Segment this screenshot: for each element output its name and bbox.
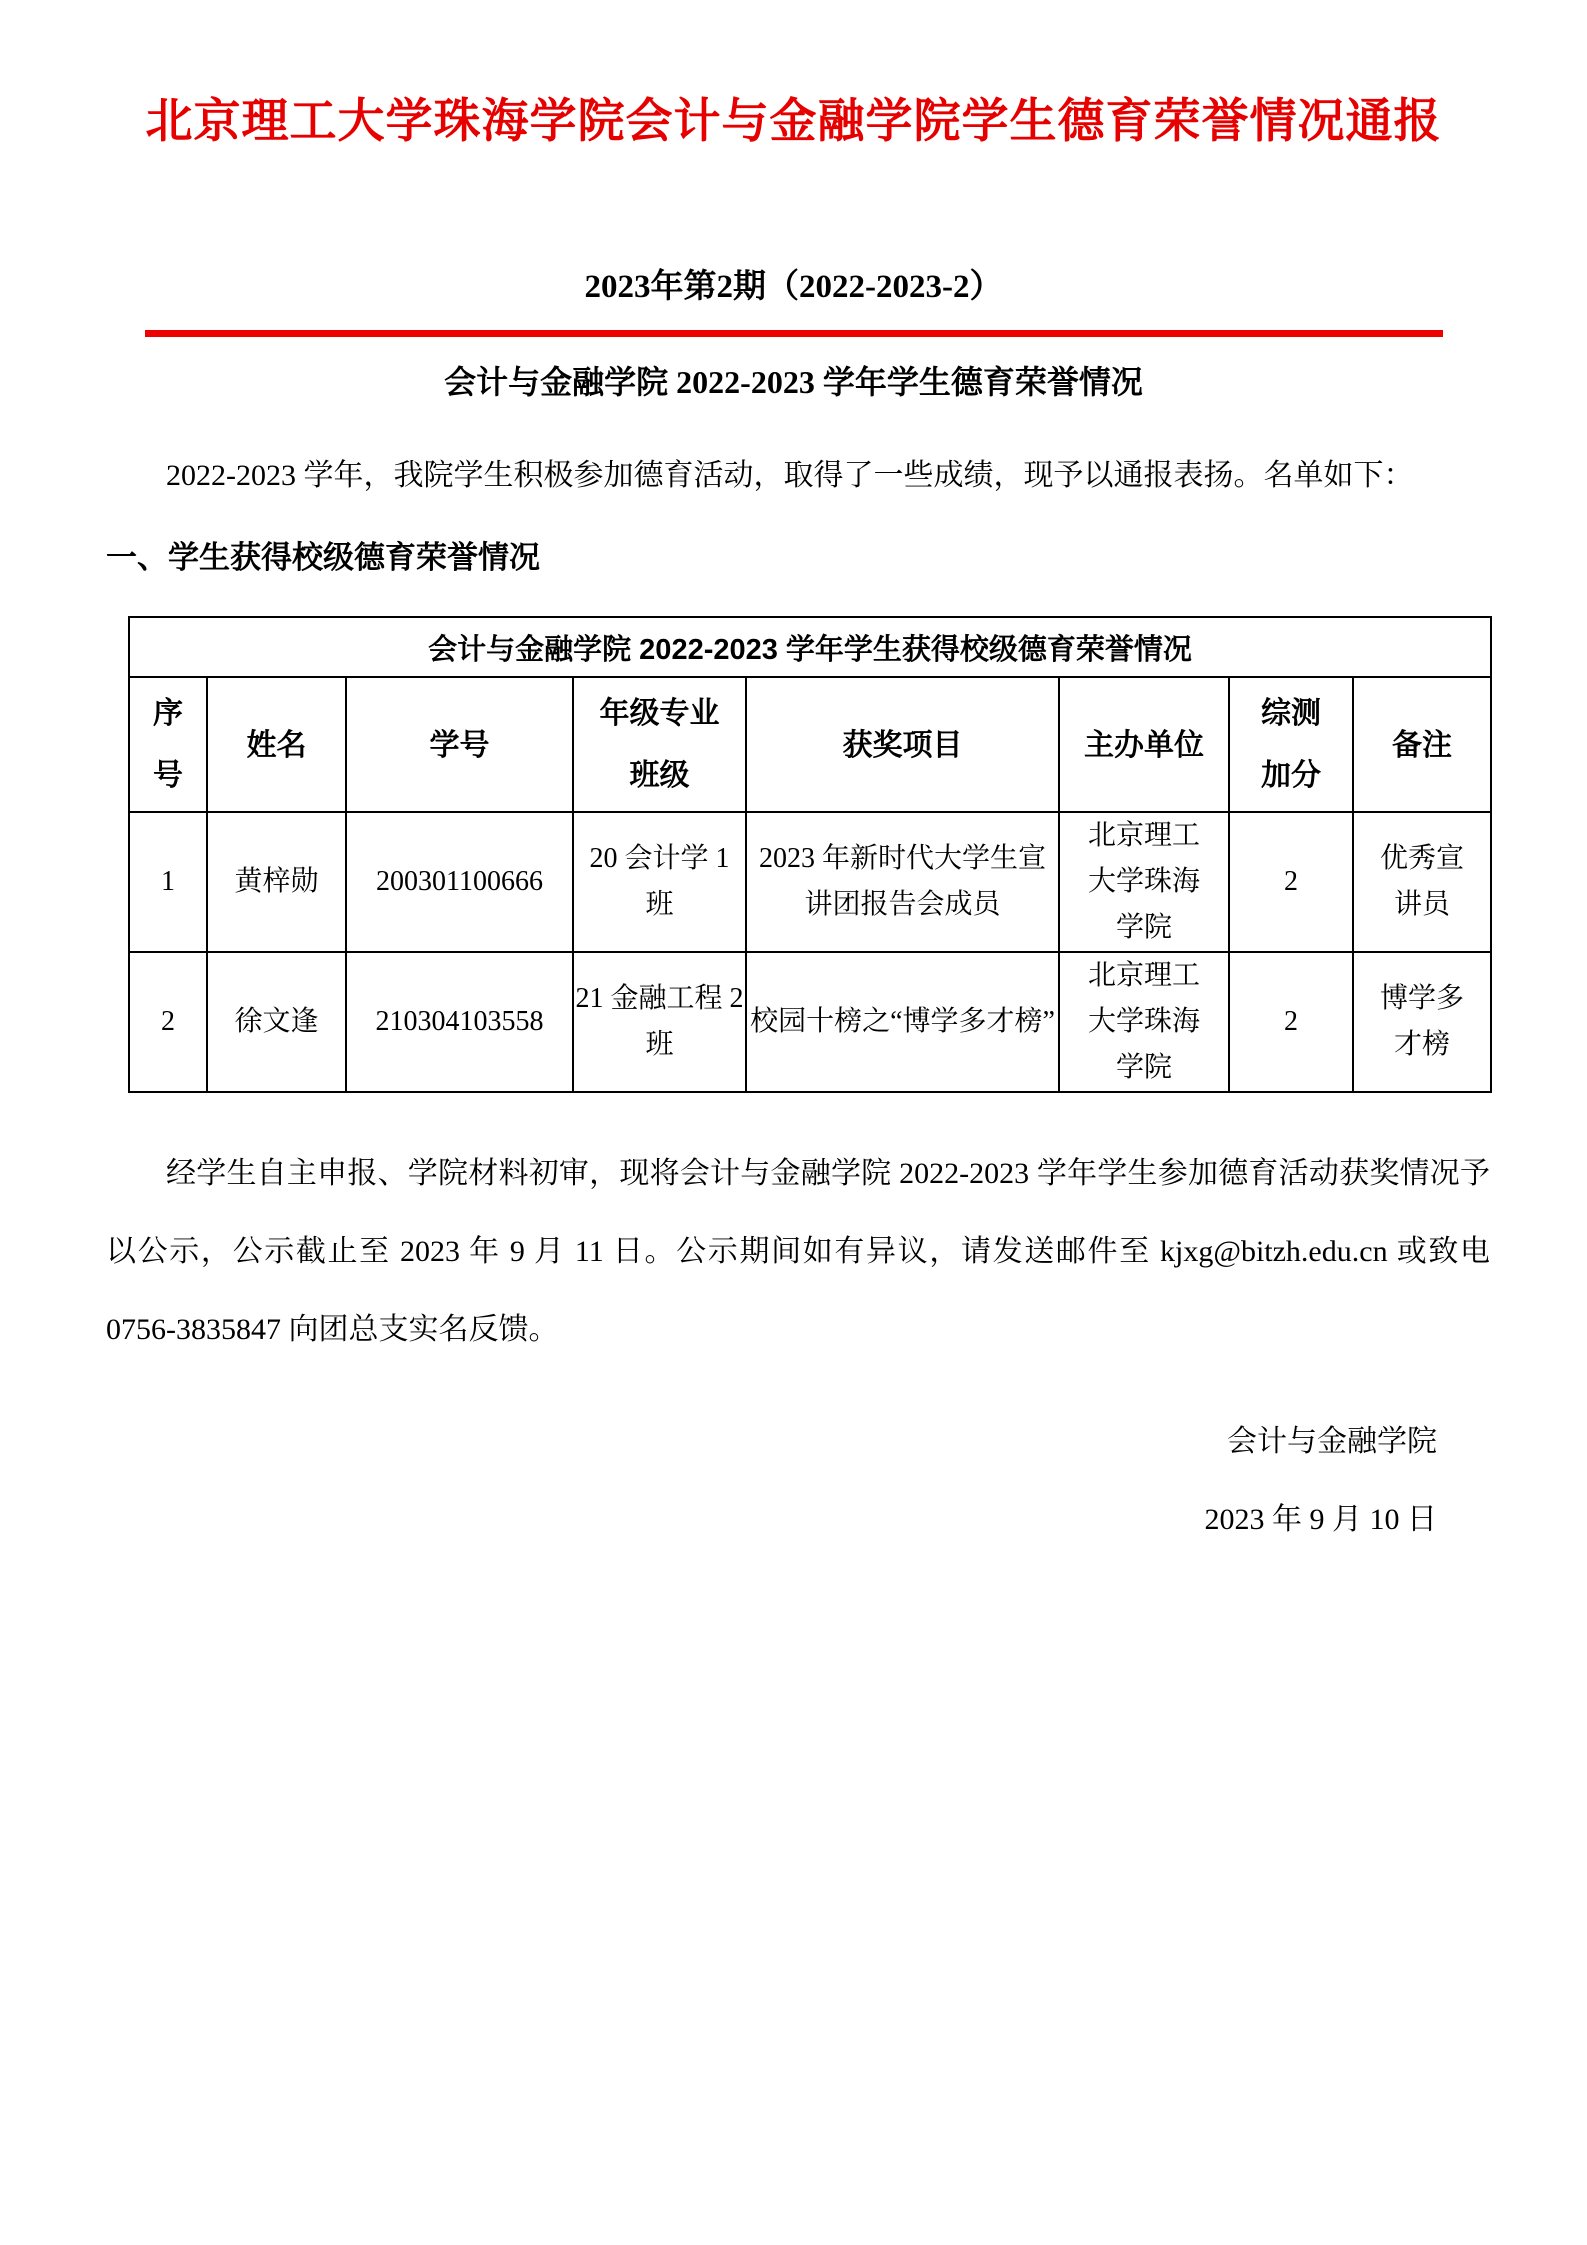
table-cell-award: 校园十榜之“博学多才榜” [746,952,1059,1092]
section-title: 会计与金融学院 2022-2023 学年学生德育荣誉情况 [0,361,1587,404]
awards-table: 会计与金融学院 2022-2023 学年学生获得校级德育荣誉情况 序号 姓名 学… [128,616,1492,1093]
column-header-note: 备注 [1353,677,1491,812]
red-divider [145,330,1443,337]
column-header-organizer: 主办单位 [1059,677,1229,812]
signature-date: 2023 年 9 月 10 日 [0,1481,1437,1559]
column-header-seq: 序号 [129,677,207,812]
issue-number: 2023年第2期（2022-2023-2） [0,266,1587,309]
table-cell-organizer: 北京理工大学珠海学院 [1059,952,1229,1092]
table-cell-name: 徐文逢 [207,952,346,1092]
table-cell-note: 博学多才榜 [1353,952,1491,1092]
table-cell-class: 21 金融工程 2 班 [573,952,746,1092]
table-cell-name: 黄梓勋 [207,812,346,952]
table-row: 2 徐文逢 210304103558 21 金融工程 2 班 校园十榜之“博学多… [129,952,1491,1092]
document-title: 北京理工大学珠海学院会计与金融学院学生德育荣誉情况通报 [40,92,1547,153]
table-cell-score: 2 [1229,812,1353,952]
document-page: 北京理工大学珠海学院会计与金融学院学生德育荣誉情况通报 2023年第2期（202… [0,0,1587,2245]
column-header-name: 姓名 [207,677,346,812]
email-address: kjxg@bitzh.edu.cn [1160,1235,1388,1268]
list-heading: 一、学生获得校级德育荣誉情况 [106,538,1490,578]
table-title-row: 会计与金融学院 2022-2023 学年学生获得校级德育荣誉情况 [129,617,1491,677]
column-header-award: 获奖项目 [746,677,1059,812]
column-header-class: 年级专业班级 [573,677,746,812]
table-cell-seq: 2 [129,952,207,1092]
signature-department: 会计与金融学院 [0,1403,1437,1481]
closing-text-3: 向团总支实名反馈。 [281,1313,559,1346]
signature-block: 会计与金融学院 2023 年 9 月 10 日 [0,1403,1437,1559]
phone-number: 0756-3835847 [106,1313,281,1346]
closing-paragraph: 经学生自主申报、学院材料初审，现将会计与金融学院 2022-2023 学年学生参… [106,1135,1490,1369]
table-header-row: 序号 姓名 学号 年级专业班级 获奖项目 主办单位 综测加分 备注 [129,677,1491,812]
table-cell-student-id: 210304103558 [346,952,573,1092]
table-cell-award: 2023 年新时代大学生宣讲团报告会成员 [746,812,1059,952]
column-header-score: 综测加分 [1229,677,1353,812]
closing-text-2: 或致电 [1388,1235,1490,1268]
table-cell-score: 2 [1229,952,1353,1092]
table-cell-seq: 1 [129,812,207,952]
table-cell-organizer: 北京理工大学珠海学院 [1059,812,1229,952]
table-cell-note: 优秀宣讲员 [1353,812,1491,952]
column-header-student-id: 学号 [346,677,573,812]
table-cell-class: 20 会计学 1 班 [573,812,746,952]
table-row: 1 黄梓勋 200301100666 20 会计学 1 班 2023 年新时代大… [129,812,1491,952]
table-cell-student-id: 200301100666 [346,812,573,952]
table-title: 会计与金融学院 2022-2023 学年学生获得校级德育荣誉情况 [129,617,1491,677]
intro-paragraph: 2022-2023 学年，我院学生积极参加德育活动，取得了一些成绩，现予以通报表… [106,432,1490,520]
